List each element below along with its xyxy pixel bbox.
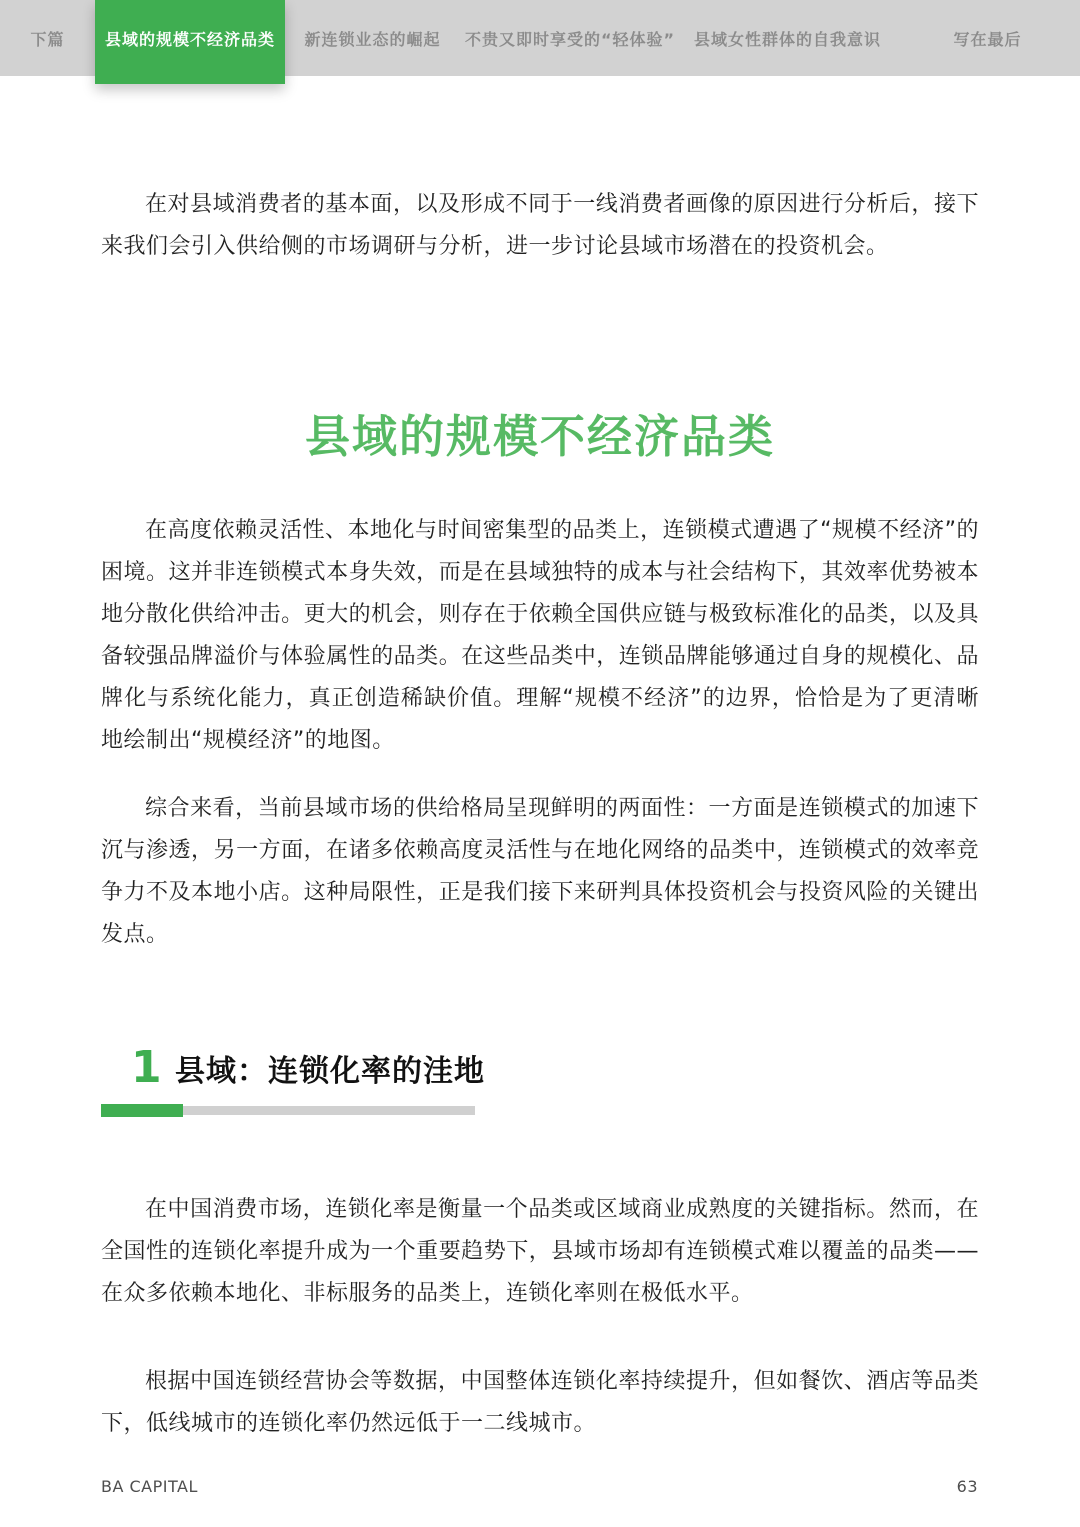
section-1-title-row: 1 县域：连锁化率的洼地: [101, 1044, 979, 1092]
top-nav: 下篇 县域的规模不经济品类 新连锁业态的崛起 不贵又即时享受的“轻体验” 县域女…: [0, 0, 1080, 84]
tab-nvxingqunti[interactable]: 县域女性群体的自我意识: [680, 0, 895, 76]
footer-page-number: 63: [957, 1477, 978, 1496]
page-footer: BA CAPITAL 63: [101, 1477, 978, 1496]
section-title: 县域：连锁化率的洼地: [175, 1046, 485, 1090]
intro-paragraph: 在对县域消费者的基本面，以及形成不同于一线消费者画像的原因进行分析后，接下来我们…: [101, 184, 979, 268]
tab-qingtiyan[interactable]: 不贵又即时享受的“轻体验”: [460, 0, 680, 76]
section-1-header: 1 县域：连锁化率的洼地: [101, 1044, 979, 1117]
footer-brand: BA CAPITAL: [101, 1477, 198, 1496]
tab-xiapian[interactable]: 下篇: [0, 0, 95, 76]
tab-xiezaizuihou[interactable]: 写在最后: [895, 0, 1080, 76]
report-page: 下篇 县域的规模不经济品类 新连锁业态的崛起 不贵又即时享受的“轻体验” 县域女…: [0, 0, 1080, 1527]
rule-gray-segment: [183, 1106, 475, 1115]
scale-diseconomy-paragraph: 在高度依赖灵活性、本地化与时间密集型的品类上，连锁模式遭遇了“规模不经济”的困境…: [101, 510, 979, 762]
chapter-tabs: 下篇 县域的规模不经济品类 新连锁业态的崛起 不贵又即时享受的“轻体验” 县域女…: [0, 0, 1080, 84]
chapter-title: 县域的规模不经济品类: [101, 408, 979, 466]
two-sides-paragraph: 综合来看，当前县域市场的供给格局呈现鲜明的两面性：一方面是连锁模式的加速下沉与渗…: [101, 788, 979, 956]
section-number: 1: [101, 1044, 175, 1092]
page-content: 在对县域消费者的基本面，以及形成不同于一线消费者画像的原因进行分析后，接下来我们…: [0, 184, 1080, 1445]
section-underline-rule: [101, 1104, 475, 1117]
ccfa-data-paragraph: 根据中国连锁经营协会等数据，中国整体连锁化率持续提升，但如餐饮、酒店等品类下，低…: [101, 1361, 979, 1445]
chain-rate-paragraph: 在中国消费市场，连锁化率是衡量一个品类或区域商业成熟度的关键指标。然而，在全国性…: [101, 1189, 979, 1315]
tab-xianyu-guimo-active[interactable]: 县域的规模不经济品类: [95, 0, 285, 84]
rule-green-segment: [101, 1104, 183, 1117]
tab-xinliansuo[interactable]: 新连锁业态的崛起: [285, 0, 460, 76]
